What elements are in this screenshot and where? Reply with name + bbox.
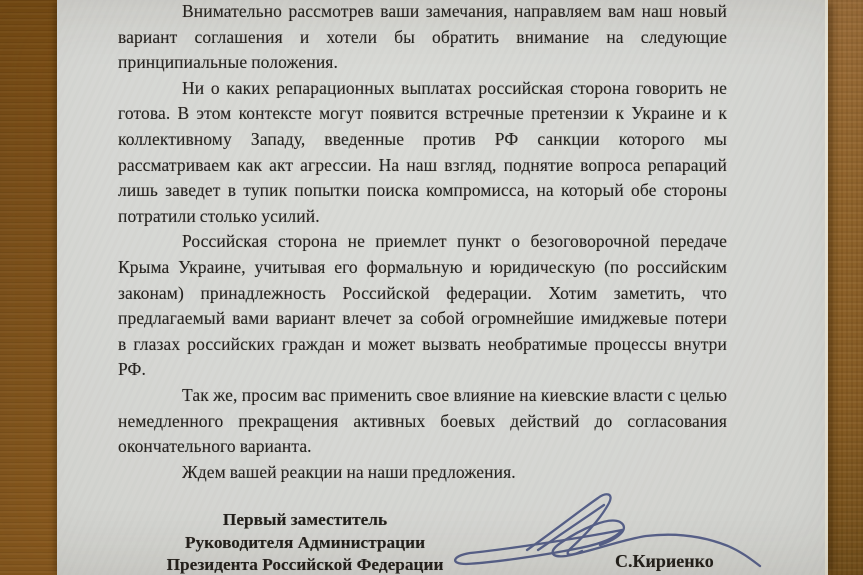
letter-line: вариант соглашения и хотели бы обратить … — [118, 25, 727, 51]
letter-line: готова. В этом контексте могут появится … — [118, 101, 727, 127]
signer-title-block: Первый заместитель Руководителя Админист… — [150, 509, 460, 575]
letter-line: предлагаемый вами вариант влечет за собо… — [118, 306, 727, 332]
letter-line: коллективному Западу, введенные против Р… — [118, 127, 727, 153]
letter-line: принципиальные положения. — [118, 50, 727, 76]
letter-paragraph: Так же, просим вас применить свое влияни… — [118, 383, 727, 460]
signer-name: С.Кириенко — [615, 551, 714, 572]
letter-line: окончательного варианта. — [118, 434, 727, 460]
letter-line: Крыма Украине, учитывая его формальную и… — [118, 255, 727, 281]
letter-line: законам) принадлежность Российской федер… — [118, 281, 727, 307]
letter-line: Внимательно рассмотрев ваши замечания, н… — [118, 0, 727, 25]
letter-paragraph: Ни о каких репарационных выплатах россий… — [118, 76, 727, 230]
letter-line: Ждем вашей реакции на наши предложения. — [118, 460, 727, 486]
letter-line: Ни о каких репарационных выплатах россий… — [118, 76, 727, 102]
signer-title-line: Руководителя Администрации — [150, 532, 460, 555]
letter-line: Российская сторона не приемлет пункт о б… — [118, 229, 727, 255]
letter-paragraph: Российская сторона не приемлет пункт о б… — [118, 229, 727, 383]
letter-page: Внимательно рассмотрев ваши замечания, н… — [57, 0, 826, 575]
letter-paragraph: Внимательно рассмотрев ваши замечания, н… — [118, 0, 727, 76]
wooden-table-right — [826, 0, 863, 575]
signer-title-line: Президента Российской Федерации — [150, 554, 460, 575]
handwritten-signature-icon — [450, 490, 772, 572]
wooden-table-left — [0, 0, 57, 575]
letter-line: в глазах российских граждан и может вызв… — [118, 332, 727, 358]
letter-paragraph: Ждем вашей реакции на наши предложения. — [118, 460, 727, 486]
letter-line: лишь заведет в тупик попытки поиска комп… — [118, 178, 727, 204]
photo-of-letter: Внимательно рассмотрев ваши замечания, н… — [0, 0, 863, 575]
signer-title-line: Первый заместитель — [150, 509, 460, 532]
letter-line: немедленного прекращения активных боевых… — [118, 409, 727, 435]
letter-line: Так же, просим вас применить свое влияни… — [118, 383, 727, 409]
letter-line: потратили столько усилий. — [118, 204, 727, 230]
letter-body: Внимательно рассмотрев ваши замечания, н… — [118, 0, 727, 485]
letter-line: рассматриваем как акт агрессии. На наш в… — [118, 153, 727, 179]
letter-line: РФ. — [118, 357, 727, 383]
